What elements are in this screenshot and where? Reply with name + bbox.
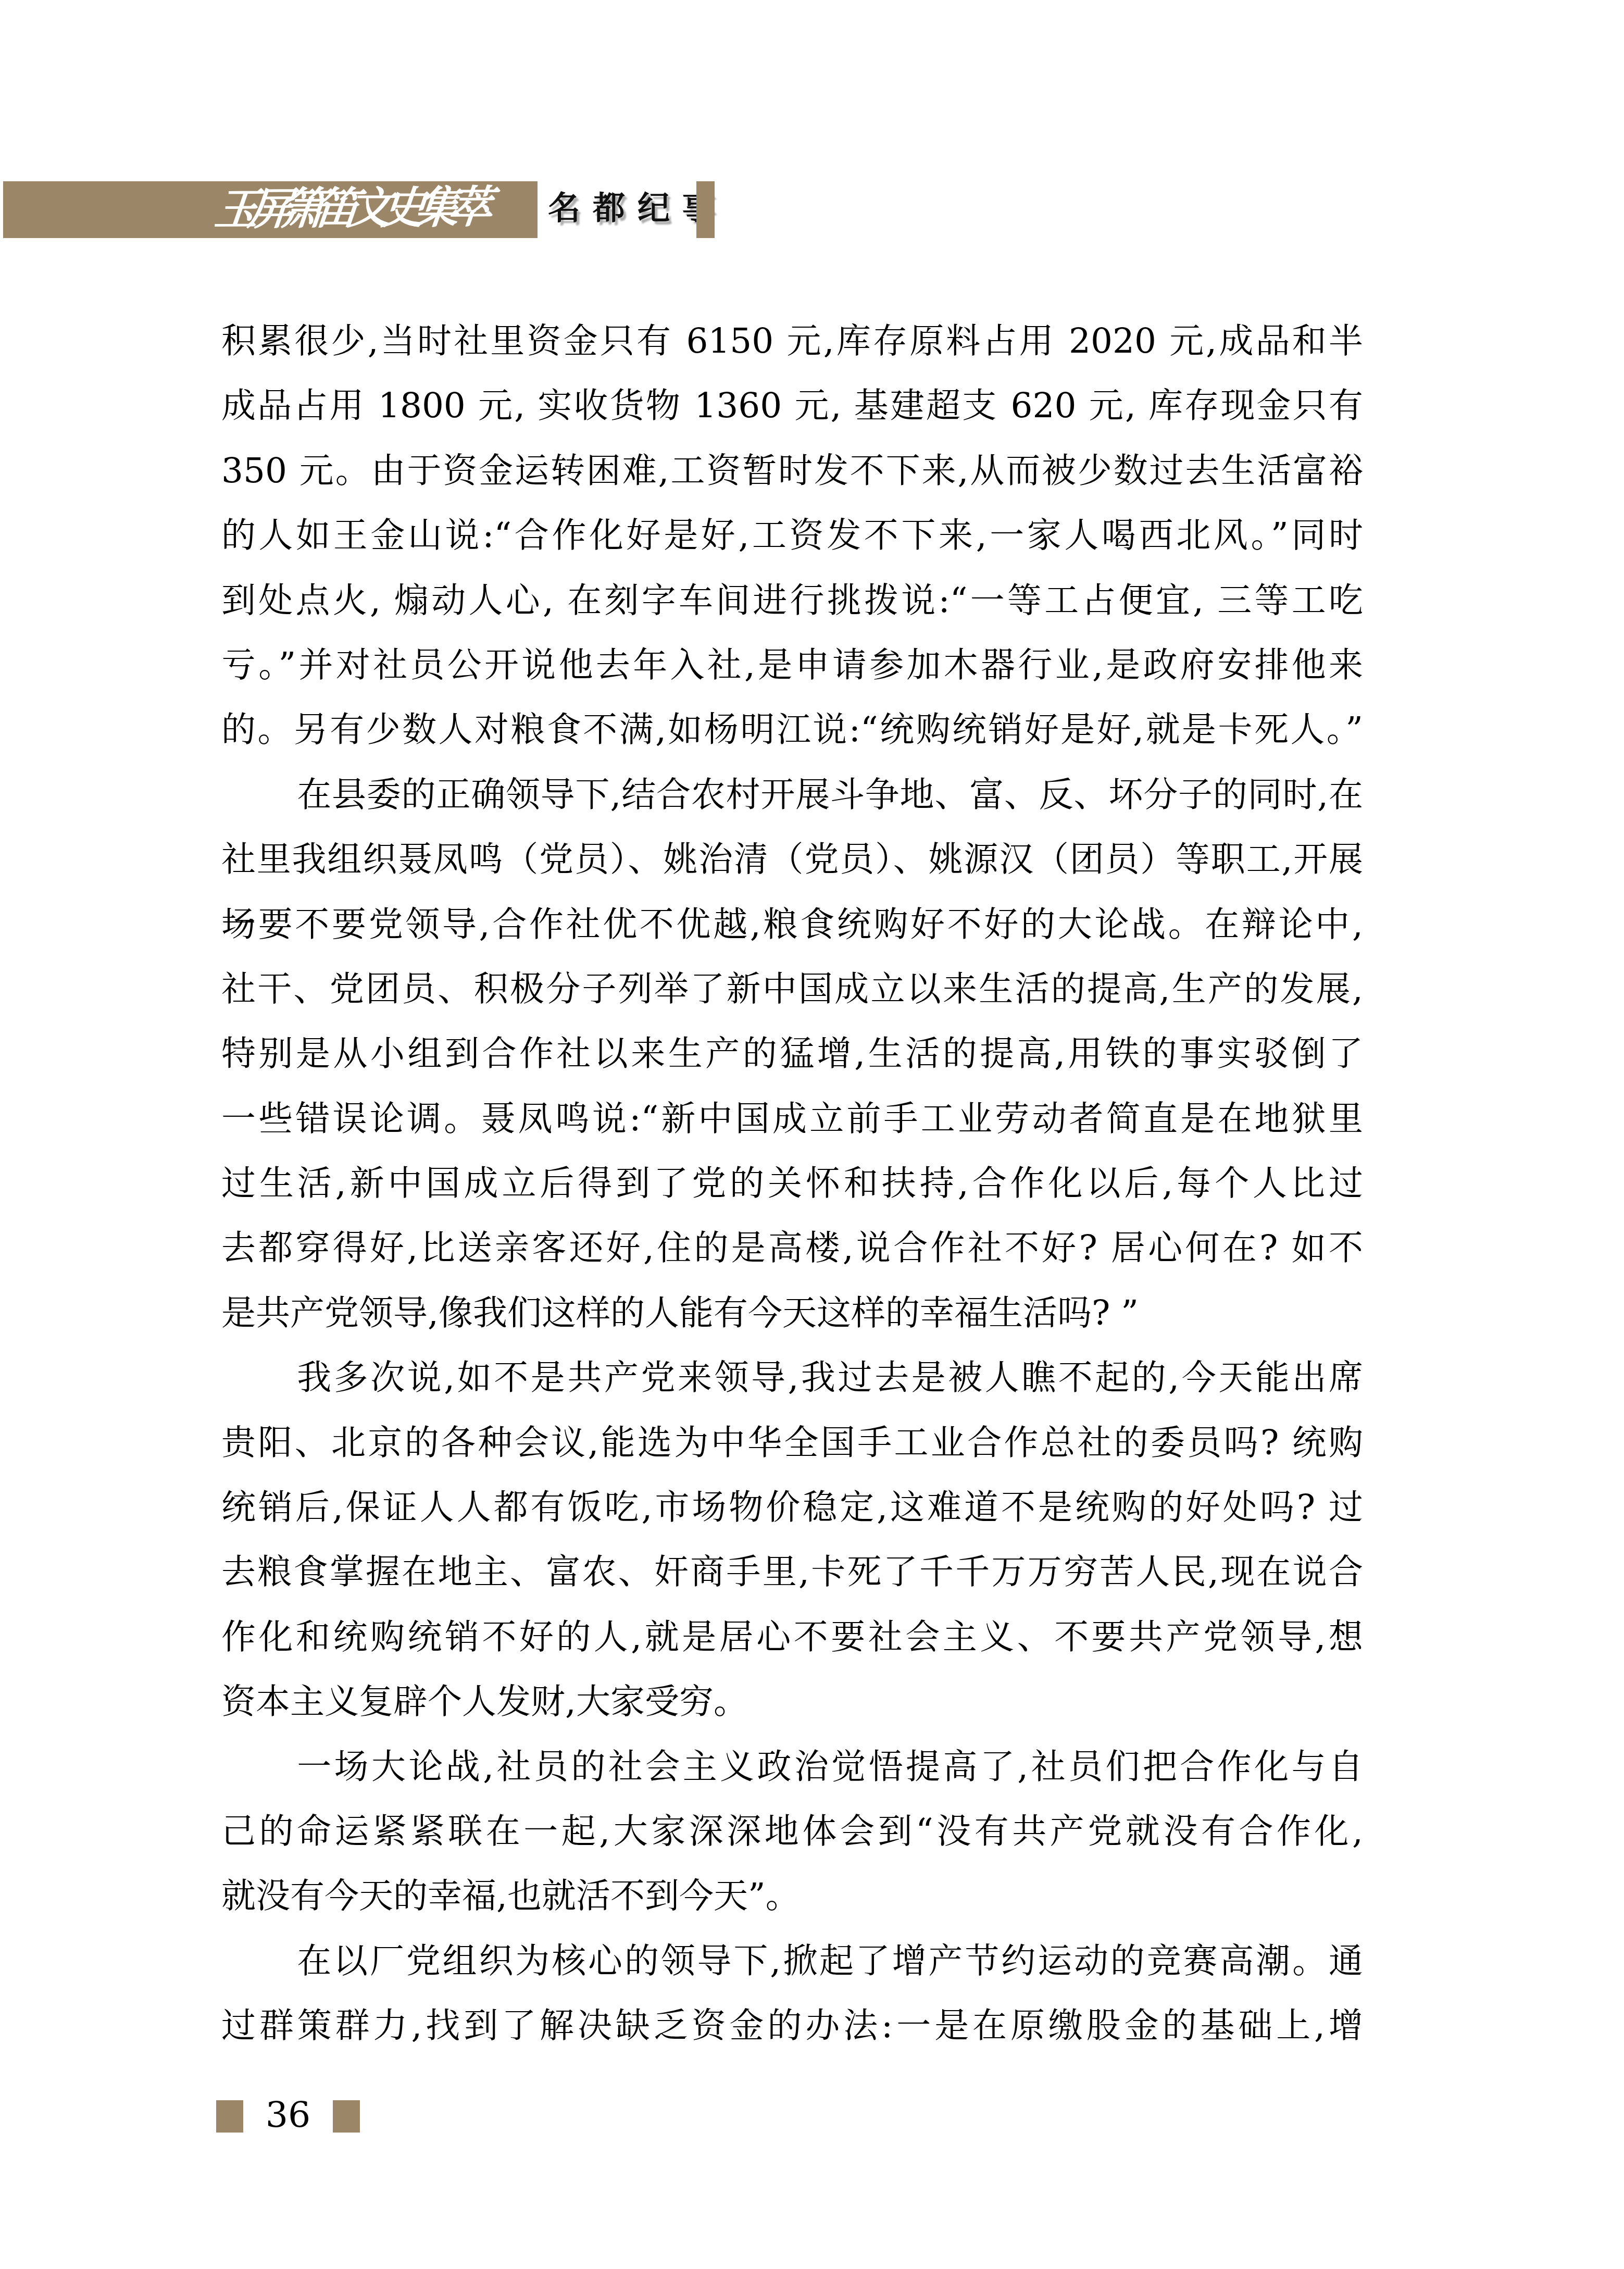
body-line: 社里我组织聂凤鸣（党员）、姚治清（党员）、姚源汉（团员）等职工,开展一 — [221, 827, 1363, 892]
body-line: 资本主义复辟个人发财,大家受穷。 — [221, 1669, 1363, 1734]
body-line: 一些错误论调。聂凤鸣说:“新中国成立前手工业劳动者简直是在地狱里 — [221, 1087, 1363, 1151]
body-line: 成品占用 1800 元, 实收货物 1360 元, 基建超支 620 元, 库存… — [221, 373, 1363, 438]
body-line: 去都穿得好,比送亲客还好,住的是高楼,说合作社不好? 居心何在? 如不 — [221, 1216, 1363, 1280]
body-line: 350 元。由于资金运转困难,工资暂时发不下来,从而被少数过去生活富裕 — [221, 439, 1363, 503]
page-number: 36 — [243, 2092, 333, 2139]
body-line: 是共产党领导,像我们这样的人能有今天这样的幸福生活吗? ” — [221, 1281, 1363, 1345]
body-line: 特别是从小组到合作社以来生产的猛增,生活的提高,用铁的事实驳倒了 — [221, 1021, 1363, 1086]
body-line: 就没有今天的幸福,也就活不到今天”。 — [221, 1864, 1363, 1928]
body-line: 一场大论战,社员的社会主义政治觉悟提高了,社员们把合作化与自 — [221, 1735, 1363, 1799]
body-line: 亏。”并对社员公开说他去年入社,是申请参加木器行业,是政府安排他来 — [221, 633, 1363, 697]
body-line: 到处点火, 煽动人心, 在刻字车间进行挑拨说:“一等工占便宜, 三等工吃 — [221, 568, 1363, 633]
body-line: 己的命运紧紧联在一起,大家深深地体会到“没有共产党就没有合作化, — [221, 1799, 1363, 1864]
body-line: 积累很少,当时社里资金只有 6150 元,库存原料占用 2020 元,成品和半 — [221, 309, 1363, 373]
body-line: 的。另有少数人对粮食不满,如杨明江说:“统购统销好是好,就是卡死人。” — [221, 697, 1363, 762]
body-line: 在县委的正确领导下,结合农村开展斗争地、富、反、坏分子的同时,在 — [221, 763, 1363, 827]
header-accent-bar — [696, 181, 715, 238]
body-text-block: 积累很少,当时社里资金只有 6150 元,库存原料占用 2020 元,成品和半 … — [221, 309, 1363, 2059]
body-line: 在以厂党组织为核心的领导下,掀起了增产节约运动的竞赛高潮。通 — [221, 1929, 1363, 1993]
body-line: 过生活,新中国成立后得到了党的关怀和扶持,合作化以后,每个人比过 — [221, 1151, 1363, 1216]
book-page: 玉屏箫笛文史集萃 名都纪事 积累很少,当时社里资金只有 6150 元,库存原料占… — [0, 0, 1624, 2269]
body-line: 场要不要党领导,合作社优不优越,粮食统购好不好的大论战。在辩论中, — [221, 892, 1363, 957]
body-line: 我多次说,如不是共产党来领导,我过去是被人瞧不起的,今天能出席 — [221, 1345, 1363, 1410]
body-line: 去粮食掌握在地主、富农、奸商手里,卡死了千千万万穷苦人民,现在说合 — [221, 1540, 1363, 1604]
header-banner: 玉屏箫笛文史集萃 — [3, 181, 538, 238]
footer-marker-left — [216, 2100, 243, 2133]
body-line: 社干、党团员、积极分子列举了新中国成立以来生活的提高,生产的发展, — [221, 957, 1363, 1021]
body-line: 过群策群力,找到了解决缺乏资金的办法:一是在原缴股金的基础上,增 — [221, 1993, 1363, 2058]
body-line: 的人如王金山说:“合作化好是好,工资发不下来,一家人喝西北风。”同时 — [221, 503, 1363, 568]
body-line: 统销后,保证人人都有饭吃,市场物价稳定,这难道不是统购的好处吗? 过 — [221, 1475, 1363, 1540]
footer-marker-right — [333, 2100, 360, 2133]
body-line: 贵阳、北京的各种会议,能选为中华全国手工业合作总社的委员吗? 统购 — [221, 1411, 1363, 1475]
series-calligraphy-title: 玉屏箫笛文史集萃 — [213, 173, 485, 232]
body-line: 作化和统购统销不好的人,就是居心不要社会主义、不要共产党领导,想 — [221, 1605, 1363, 1669]
